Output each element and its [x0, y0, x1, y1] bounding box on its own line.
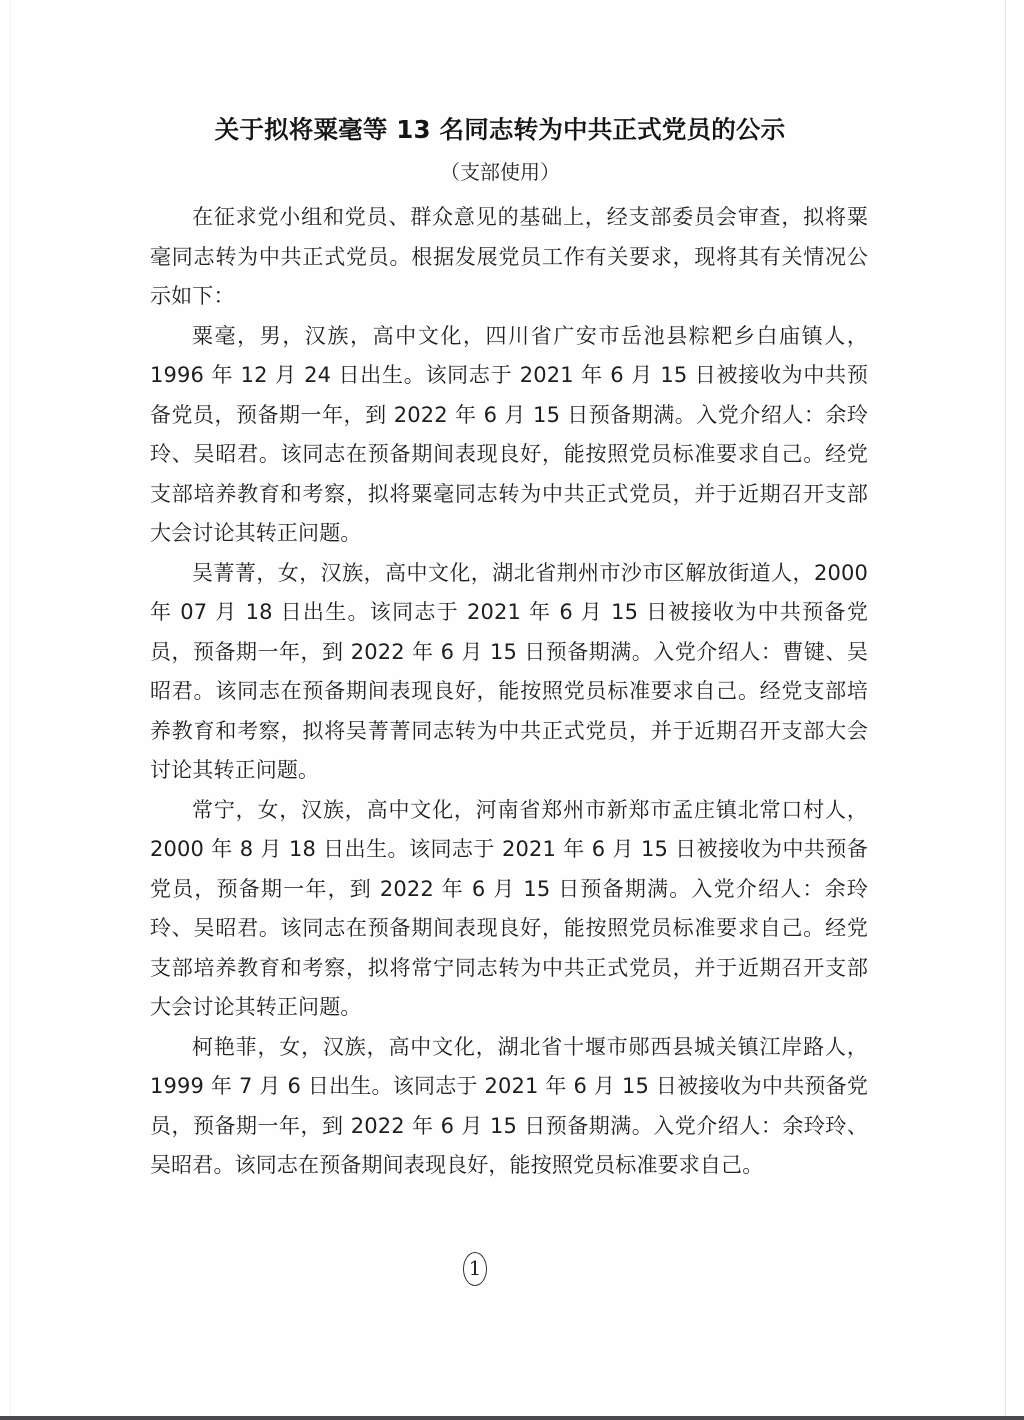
intro-paragraph: 在征求党小组和党员、群众意见的基础上，经支部委员会审查，拟将粟毫同志转为中共正式…: [150, 198, 868, 317]
scanned-page: 关于拟将粟毫等 13 名同志转为中共正式党员的公示 （支部使用） 在征求党小组和…: [0, 0, 1024, 1416]
page-number: 1: [463, 1252, 487, 1286]
scan-edge-left: [10, 0, 11, 1416]
member-paragraph-wu-jingjing: 吴菁菁，女，汉族，高中文化，湖北省荆州市沙市区解放街道人，2000 年 07 月…: [150, 554, 868, 791]
scan-edge-right: [1005, 0, 1006, 1416]
member-paragraph-ke-yanfei: 柯艳菲，女，汉族，高中文化，湖北省十堰市郧西县城关镇江岸路人，1999 年 7 …: [150, 1028, 868, 1186]
document-body: 在征求党小组和党员、群众意见的基础上，经支部委员会审查，拟将粟毫同志转为中共正式…: [150, 198, 868, 1186]
member-paragraph-chang-ning: 常宁，女，汉族，高中文化，河南省郑州市新郑市孟庄镇北常口村人，2000 年 8 …: [150, 791, 868, 1028]
document-title: 关于拟将粟毫等 13 名同志转为中共正式党员的公示: [0, 112, 1000, 148]
member-paragraph-su-hao: 粟毫，男，汉族，高中文化，四川省广安市岳池县粽粑乡白庙镇人，1996 年 12 …: [150, 317, 868, 554]
document-subtitle: （支部使用）: [0, 157, 1000, 187]
scan-bottom-strip: [0, 1416, 1024, 1420]
